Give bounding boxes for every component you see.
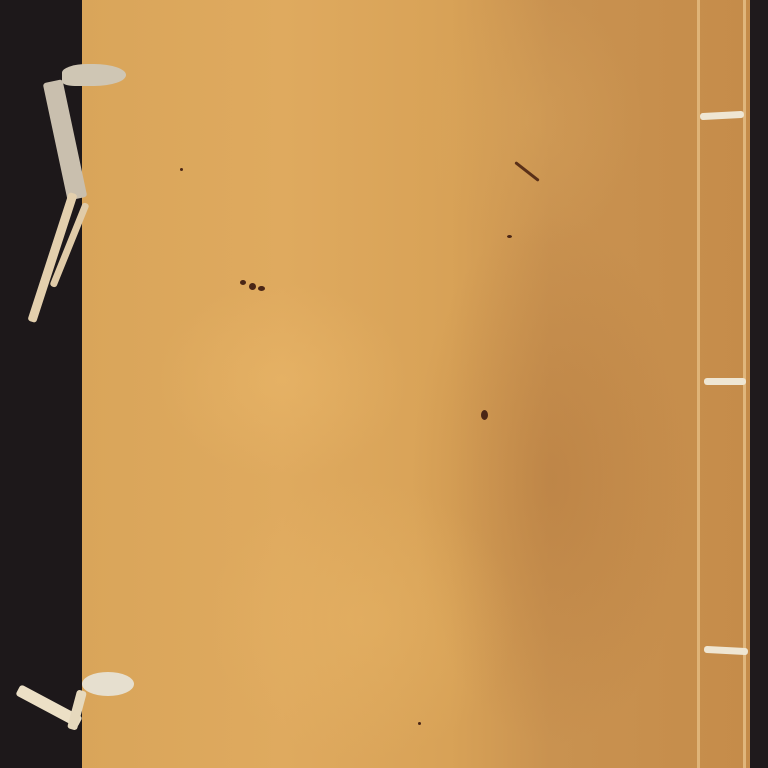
lower-leather-tie [82,672,134,696]
stain [240,280,246,285]
upper-leather-tie [62,64,126,86]
stain [180,168,183,171]
stain [258,286,265,291]
stain [249,283,256,290]
stain [481,410,488,420]
right-background-strip [750,0,768,768]
stain [418,722,421,725]
stain [507,235,512,238]
vellum-cover [82,0,750,768]
spine-stitch [704,378,746,385]
